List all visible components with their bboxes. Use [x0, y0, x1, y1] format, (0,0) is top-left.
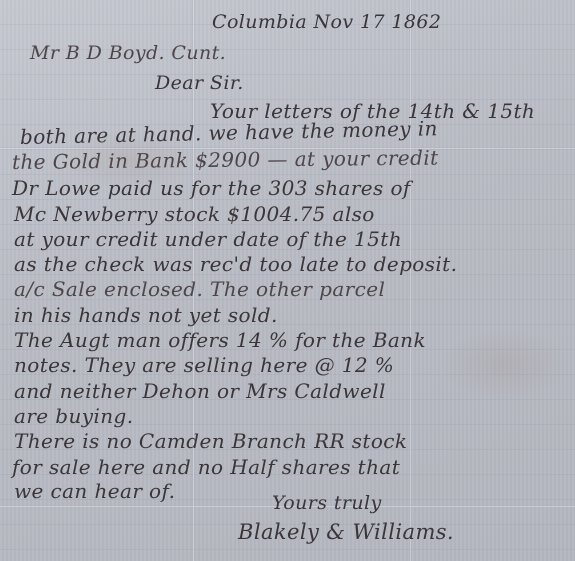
body-line: both are at hand. we have the money in — [20, 116, 438, 149]
body-line: The Augt man offers 14 % for the Bank — [14, 328, 426, 352]
body-line: for sale here and no Half shares that — [12, 455, 400, 479]
body-line: in his hands not yet sold. — [14, 303, 278, 327]
body-line: There is no Camden Branch RR stock — [14, 429, 407, 453]
closing: Yours truly — [272, 492, 382, 514]
body-line: the Gold in Bank $2900 — at your credit — [12, 146, 439, 174]
body-line: Dr Lowe paid us for the 303 shares of — [12, 176, 411, 200]
body-line: are buying. — [14, 404, 134, 428]
dateline: Columbia Nov 17 1862 — [212, 11, 441, 33]
body-line: we can hear of. — [14, 479, 175, 503]
body-line: at your credit under date of the 15th — [14, 227, 402, 251]
body-line: as the check was rec'd too late to depos… — [14, 252, 457, 276]
body-line: a/c Sale enclosed. The other parcel — [14, 277, 385, 301]
body-line: and neither Dehon or Mrs Caldwell — [14, 379, 386, 403]
signature: Blakely & Williams. — [238, 520, 454, 544]
letter-page: Columbia Nov 17 1862 Mr B D Boyd. Cunt. … — [0, 0, 575, 561]
body-line: Mc Newberry stock $1004.75 also — [14, 202, 375, 226]
addressee: Mr B D Boyd. Cunt. — [30, 42, 226, 64]
fold-crease-vertical-right — [409, 0, 412, 561]
salutation: Dear Sir. — [155, 72, 244, 94]
body-line: notes. They are selling here @ 12 % — [14, 353, 394, 377]
paper-stain — [440, 330, 570, 400]
